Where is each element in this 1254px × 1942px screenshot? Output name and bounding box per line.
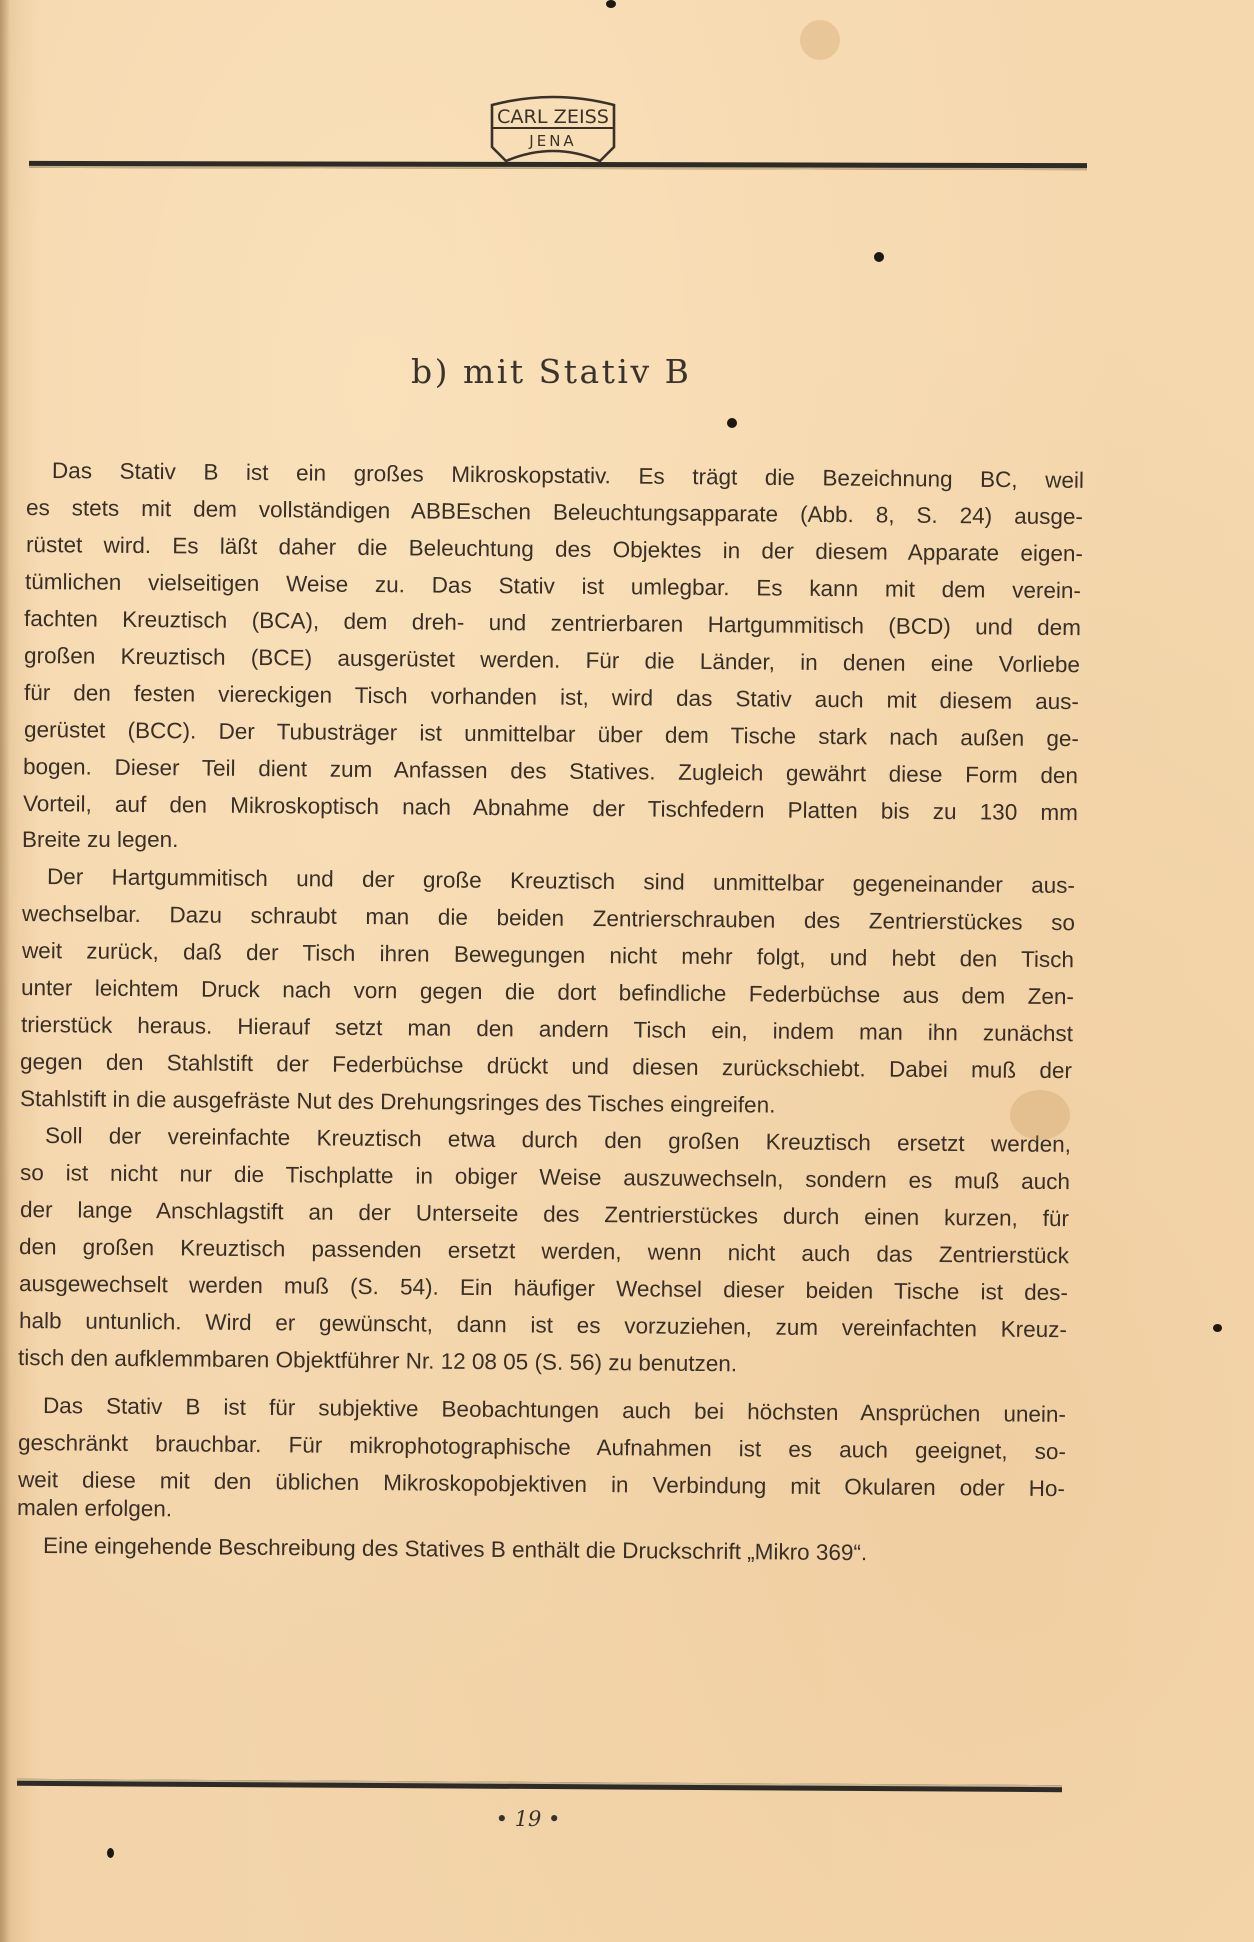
- svg-text:CARL ZEISS: CARL ZEISS: [497, 106, 609, 128]
- section-heading: b) mit Stativ B: [411, 352, 711, 391]
- text-line: der lange Anschlagstift an der Unterseit…: [20, 1197, 1069, 1232]
- text-line: tümlichen vielseitigen Weise zu. Das Sta…: [25, 569, 1081, 604]
- ink-speck: [727, 418, 737, 428]
- text-line: geschränkt brauchbar. Für mikrophotograp…: [18, 1430, 1066, 1465]
- text-line: Eine eingehende Beschreibung des Stative…: [43, 1533, 867, 1566]
- ink-speck: [874, 252, 884, 262]
- ink-speck: [1213, 1324, 1222, 1332]
- text-line: wechselbar. Dazu schraubt man die beiden…: [22, 901, 1075, 936]
- text-line: ausgewechselt werden muß (S. 54). Ein hä…: [19, 1271, 1068, 1306]
- text-line: Das Stativ B ist ein großes Mikroskopsta…: [52, 458, 1084, 494]
- text-line: bogen. Dieser Teil dient zum Anfassen de…: [23, 754, 1078, 789]
- header-rule: [29, 161, 1087, 170]
- text-line: es stets mit dem vollständigen ABBEschen…: [26, 495, 1083, 530]
- ink-speck: [107, 1848, 114, 1858]
- text-line: tisch den aufklemmbaren Objektführer Nr.…: [18, 1345, 737, 1377]
- text-line: Soll der vereinfachte Kreuztisch etwa du…: [45, 1123, 1071, 1158]
- text-line: Das Stativ B ist für subjektive Beobacht…: [43, 1393, 1066, 1428]
- ink-speck: [606, 0, 616, 8]
- text-line: so ist nicht nur die Tischplatte in obig…: [20, 1160, 1070, 1195]
- footer-rule: [17, 1779, 1062, 1792]
- text-line: malen erfolgen.: [17, 1495, 172, 1522]
- page-number: • 19 •: [478, 1807, 578, 1831]
- page-binding-edge: [0, 0, 10, 1942]
- text-line: Breite zu legen.: [22, 827, 178, 853]
- text-line: gerüstet (BCC). Der Tubusträger ist unmi…: [24, 717, 1079, 752]
- text-line: unter leichtem Druck nach vorn gegen die…: [21, 975, 1074, 1010]
- carl-zeiss-jena-logo: CARL ZEISS JENA: [487, 93, 619, 163]
- text-line: weit diese mit den üblichen Mikroskopobj…: [18, 1467, 1065, 1502]
- paper-stain: [800, 20, 840, 60]
- svg-text:JENA: JENA: [528, 132, 576, 150]
- text-line: Der Hartgummitisch und der große Kreuzti…: [47, 864, 1075, 899]
- text-line: großen Kreuztisch (BCE) ausgerüstet werd…: [24, 643, 1080, 678]
- text-line: Vorteil, auf den Mikroskoptisch nach Abn…: [23, 791, 1078, 826]
- text-line: halb untunlich. Wird er gewünscht, dann …: [19, 1308, 1067, 1343]
- text-line: gegen den Stahlstift der Federbüchse drü…: [20, 1049, 1072, 1084]
- paper-stain: [1010, 1090, 1070, 1140]
- text-line: für den festen viereckigen Tisch vorhand…: [24, 680, 1079, 715]
- text-line: fachten Kreuztisch (BCA), dem dreh- und …: [24, 606, 1081, 641]
- text-line: trierstück heraus. Hierauf setzt man den…: [21, 1012, 1073, 1047]
- text-line: weit zurück, daß der Tisch ihren Bewegun…: [22, 938, 1074, 973]
- text-line: Stahlstift in die ausgefräste Nut des Dr…: [20, 1086, 776, 1119]
- text-line: den großen Kreuztisch passenden ersetzt …: [19, 1234, 1069, 1269]
- text-line: rüstet wird. Es läßt daher die Beleuchtu…: [26, 532, 1083, 567]
